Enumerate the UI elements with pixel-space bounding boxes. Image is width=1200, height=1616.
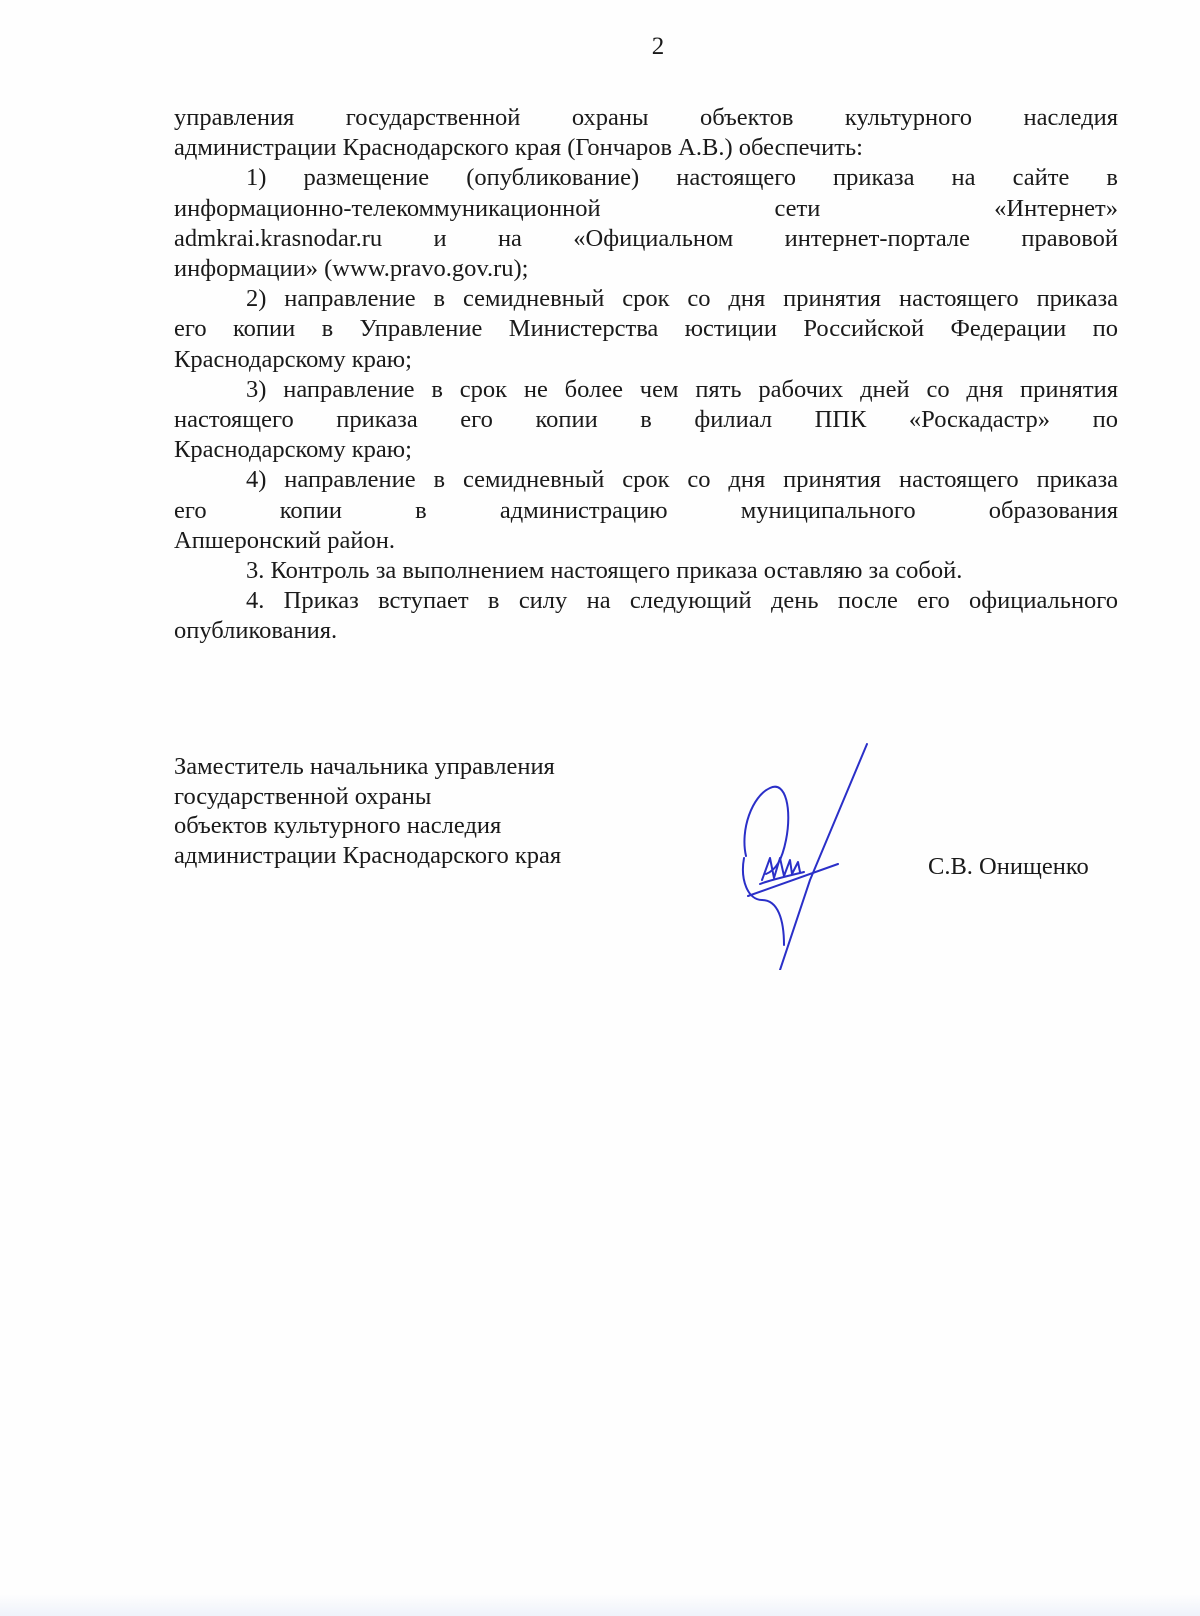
scan-edge-shadow: [0, 1594, 1200, 1616]
text-line: настоящего приказа его копии в филиал ПП…: [174, 405, 1118, 435]
position-line: государственной охраны: [174, 782, 561, 812]
document-page: 2 управления государственной охраны объе…: [0, 0, 1200, 1616]
text-line: 2) направление в семидневный срок со дня…: [174, 284, 1118, 314]
list-item-2: 2) направление в семидневный срок со дня…: [174, 284, 1118, 375]
text-line: 4) направление в семидневный срок со дня…: [174, 465, 1118, 495]
list-item-3: 3) направление в срок не более чем пять …: [174, 375, 1118, 466]
text-line: 3. Контроль за выполнением настоящего пр…: [174, 556, 1118, 586]
text-line: admkrai.krasnodar.ru и на «Официальном и…: [174, 224, 1118, 254]
text-line: 1) размещение (опубликование) настоящего…: [174, 163, 1118, 193]
text-line: его копии в Управление Министерства юсти…: [174, 314, 1118, 344]
page-number: 2: [0, 32, 1200, 62]
clause-3: 3. Контроль за выполнением настоящего пр…: [174, 556, 1118, 586]
text-line: информационно-телекоммуникационной сети …: [174, 194, 1118, 224]
text-line: управления государственной охраны объект…: [174, 103, 1118, 133]
text-line: 4. Приказ вступает в силу на следующий д…: [174, 586, 1118, 616]
text-line: его копии в администрацию муниципального…: [174, 496, 1118, 526]
document-body: управления государственной охраны объект…: [174, 103, 1118, 647]
signer-position: Заместитель начальника управления госуда…: [174, 752, 561, 870]
position-line: администрации Краснодарского края: [174, 841, 561, 871]
text-line: Апшеронский район.: [174, 526, 1118, 556]
text-line: 3) направление в срок не более чем пять …: [174, 375, 1118, 405]
text-line: Краснодарскому краю;: [174, 345, 1118, 375]
text-line: Краснодарскому краю;: [174, 435, 1118, 465]
list-item-4: 4) направление в семидневный срок со дня…: [174, 465, 1118, 556]
list-item-1: 1) размещение (опубликование) настоящего…: [174, 163, 1118, 284]
intro-paragraph: управления государственной охраны объект…: [174, 103, 1118, 163]
signer-name: С.В. Онищенко: [928, 852, 1089, 882]
handwritten-signature-icon: [730, 730, 890, 970]
text-line: информации» (www.pravo.gov.ru);: [174, 254, 1118, 284]
position-line: Заместитель начальника управления: [174, 752, 561, 782]
position-line: объектов культурного наследия: [174, 811, 561, 841]
clause-4: 4. Приказ вступает в силу на следующий д…: [174, 586, 1118, 646]
text-line: администрации Краснодарского края (Гонча…: [174, 133, 1118, 163]
text-line: опубликования.: [174, 616, 1118, 646]
